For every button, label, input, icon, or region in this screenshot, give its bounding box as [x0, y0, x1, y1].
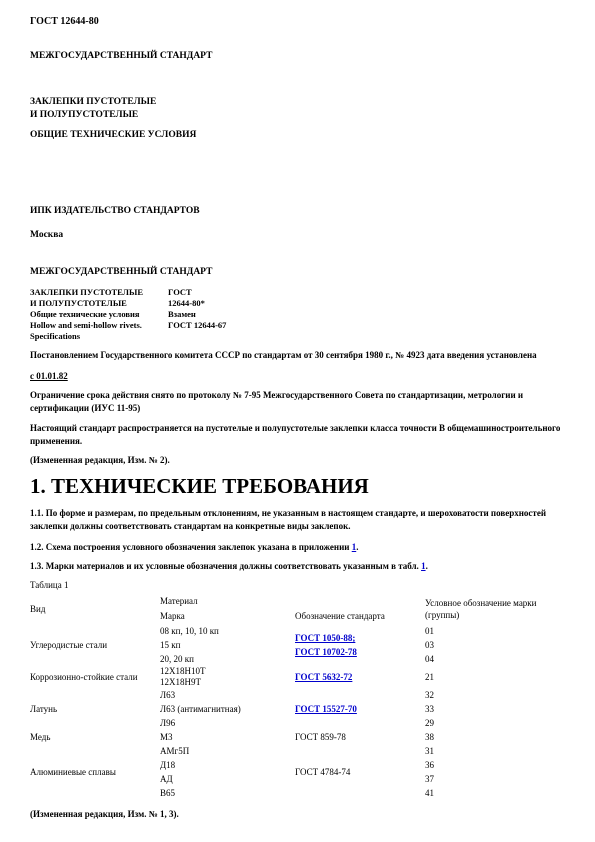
- column-header-material: Материал: [160, 594, 295, 609]
- column-header-standard: Обозначение стандарта: [295, 609, 425, 624]
- material-type-cell: Углеродистые стали: [30, 638, 160, 652]
- gost-link[interactable]: ГОСТ 5632-72: [295, 670, 425, 684]
- effective-date: с 01.01.82: [30, 370, 565, 382]
- table-caption: Таблица 1: [30, 579, 565, 591]
- material-type-cell: Коррозионно-стойкие стали: [30, 670, 160, 684]
- marka-cell: 20, 20 кп: [160, 652, 295, 666]
- publisher-label: ИПК ИЗДАТЕЛЬСТВО СТАНДАРТОВ: [30, 205, 565, 217]
- standard-cell: ГОСТ 4784-74: [295, 765, 425, 779]
- title-name-line1: ЗАКЛЕПКИ ПУСТОТЕЛЫЕ: [30, 287, 160, 298]
- column-header-marka: Марка: [160, 609, 295, 624]
- table-header: Вид Материал Марка Обозначение стандарта…: [30, 594, 565, 624]
- standard-cell: ГОСТ 5632-72: [295, 670, 425, 684]
- section-heading: 1. ТЕХНИЧЕСКИЕ ТРЕБОВАНИЯ: [30, 474, 565, 499]
- paragraph-1-3: 1.3. Марки материалов и их условные обоз…: [30, 560, 565, 573]
- marka-cell: В65: [160, 786, 295, 800]
- scope-paragraph: Настоящий стандарт распространяется на п…: [30, 422, 565, 448]
- title-block-name: ЗАКЛЕПКИ ПУСТОТЕЛЫЕ И ПОЛУПУСТОТЕЛЫЕ Общ…: [30, 287, 160, 342]
- decree-paragraph: Постановлением Государственного комитета…: [30, 349, 565, 362]
- gost-plain: ГОСТ 859-78: [295, 730, 425, 744]
- title-name-line5: Specifications: [30, 331, 160, 342]
- doc-subtitle: ОБЩИЕ ТЕХНИЧЕСКИЕ УСЛОВИЯ: [30, 129, 565, 142]
- document-page: ГОСТ 12644-80 МЕЖГОСУДАРСТВЕННЫЙ СТАНДАР…: [0, 0, 595, 820]
- paragraph-1-2-text: 1.2. Схема построения условного обозначе…: [30, 542, 352, 552]
- column-header-code: Условное обозначение марки (группы): [425, 597, 565, 621]
- title-block-code: ГОСТ 12644-80* Взамен ГОСТ 12644-67: [168, 287, 226, 342]
- doc-title-line1: ЗАКЛЕПКИ ПУСТОТЕЛЫЕ: [30, 96, 565, 109]
- code-cell: 36: [425, 758, 565, 772]
- code-cell: 38: [425, 730, 565, 744]
- code-cell: 31: [425, 744, 565, 758]
- materials-table: Вид Материал Марка Обозначение стандарта…: [30, 594, 565, 800]
- standard-type-label-repeat: МЕЖГОСУДАРСТВЕННЫЙ СТАНДАРТ: [30, 266, 565, 278]
- table-group-stainless-steels: Коррозионно-стойкие стали 12Х18Н10Т 12Х1…: [30, 666, 565, 688]
- standard-type-label: МЕЖГОСУДАРСТВЕННЫЙ СТАНДАРТ: [30, 50, 565, 62]
- code-cell: 04: [425, 652, 565, 666]
- marka-line: 12Х18Н9Т: [160, 677, 295, 688]
- marka-cell: М3: [160, 730, 295, 744]
- table-group-brass: Латунь Л63 Л63 (антимагнитная) Л96 ГОСТ …: [30, 688, 565, 730]
- table-group-copper: Медь М3 ГОСТ 859-78 38: [30, 730, 565, 744]
- marka-cell: 15 кп: [160, 638, 295, 652]
- paragraph-1-3-after: .: [426, 561, 428, 571]
- title-code-line3: Взамен: [168, 309, 226, 320]
- material-type-cell: Латунь: [30, 702, 160, 716]
- title-name-line3: Общие технические условия: [30, 309, 160, 320]
- paragraph-1-1: 1.1. По форме и размерам, по предельным …: [30, 507, 565, 533]
- revision-note: (Измененная редакция, Изм. № 2).: [30, 454, 565, 466]
- marka-cell: Л63 (антимагнитная): [160, 702, 295, 716]
- doc-number: ГОСТ 12644-80: [30, 16, 565, 28]
- final-revision-note: (Измененная редакция, Изм. № 1, 3).: [30, 808, 565, 820]
- gost-link[interactable]: ГОСТ 1050-88;: [295, 631, 425, 645]
- limitation-paragraph: Ограничение срока действия снято по прот…: [30, 389, 565, 415]
- table-group-aluminum-alloys: Алюминиевые сплавы АМг5П Д18 АД В65 ГОСТ…: [30, 744, 565, 800]
- table-group-carbon-steels: Углеродистые стали 08 кп, 10, 10 кп 15 к…: [30, 624, 565, 666]
- title-code-line4: ГОСТ 12644-67: [168, 320, 226, 331]
- title-name-line2: И ПОЛУПУСТОТЕЛЫЕ: [30, 298, 160, 309]
- title-block: ЗАКЛЕПКИ ПУСТОТЕЛЫЕ И ПОЛУПУСТОТЕЛЫЕ Общ…: [30, 287, 565, 342]
- gost-plain: ГОСТ 4784-74: [295, 765, 425, 779]
- gost-link[interactable]: ГОСТ 15527-70: [295, 702, 425, 716]
- code-cell: 03: [425, 638, 565, 652]
- title-code-line1: ГОСТ: [168, 287, 226, 298]
- code-cell: 21: [425, 670, 565, 684]
- code-cell: 29: [425, 716, 565, 730]
- code-cell: 01: [425, 624, 565, 638]
- city-label: Москва: [30, 229, 565, 241]
- title-code-line2: 12644-80*: [168, 298, 226, 309]
- standard-cell: ГОСТ 1050-88; ГОСТ 10702-78: [295, 631, 425, 659]
- paragraph-1-3-text: 1.3. Марки материалов и их условные обоз…: [30, 561, 421, 571]
- code-cell: 37: [425, 772, 565, 786]
- doc-title: ЗАКЛЕПКИ ПУСТОТЕЛЫЕ И ПОЛУПУСТОТЕЛЫЕ: [30, 96, 565, 122]
- standard-cell: ГОСТ 859-78: [295, 730, 425, 744]
- gost-link[interactable]: ГОСТ 10702-78: [295, 645, 425, 659]
- marka-cell: АД: [160, 772, 295, 786]
- title-name-line4: Hollow and semi-hollow rivets.: [30, 320, 160, 331]
- paragraph-1-2: 1.2. Схема построения условного обозначе…: [30, 541, 565, 554]
- marka-cell: 08 кп, 10, 10 кп: [160, 624, 295, 638]
- code-cell: 41: [425, 786, 565, 800]
- doc-title-line2: И ПОЛУПУСТОТЕЛЫЕ: [30, 109, 565, 122]
- material-type-cell: Медь: [30, 730, 160, 744]
- paragraph-1-2-after: .: [356, 542, 358, 552]
- code-cell: 33: [425, 702, 565, 716]
- marka-cell: АМг5П: [160, 744, 295, 758]
- marka-cell: Л63: [160, 688, 295, 702]
- marka-cell: Л96: [160, 716, 295, 730]
- standard-cell: ГОСТ 15527-70: [295, 702, 425, 716]
- code-cell: 32: [425, 688, 565, 702]
- marka-cell: Д18: [160, 758, 295, 772]
- marka-cell: 12Х18Н10Т 12Х18Н9Т: [160, 666, 295, 688]
- column-header-vid: Вид: [30, 602, 160, 617]
- marka-line: 12Х18Н10Т: [160, 666, 295, 677]
- material-type-cell: Алюминиевые сплавы: [30, 765, 160, 779]
